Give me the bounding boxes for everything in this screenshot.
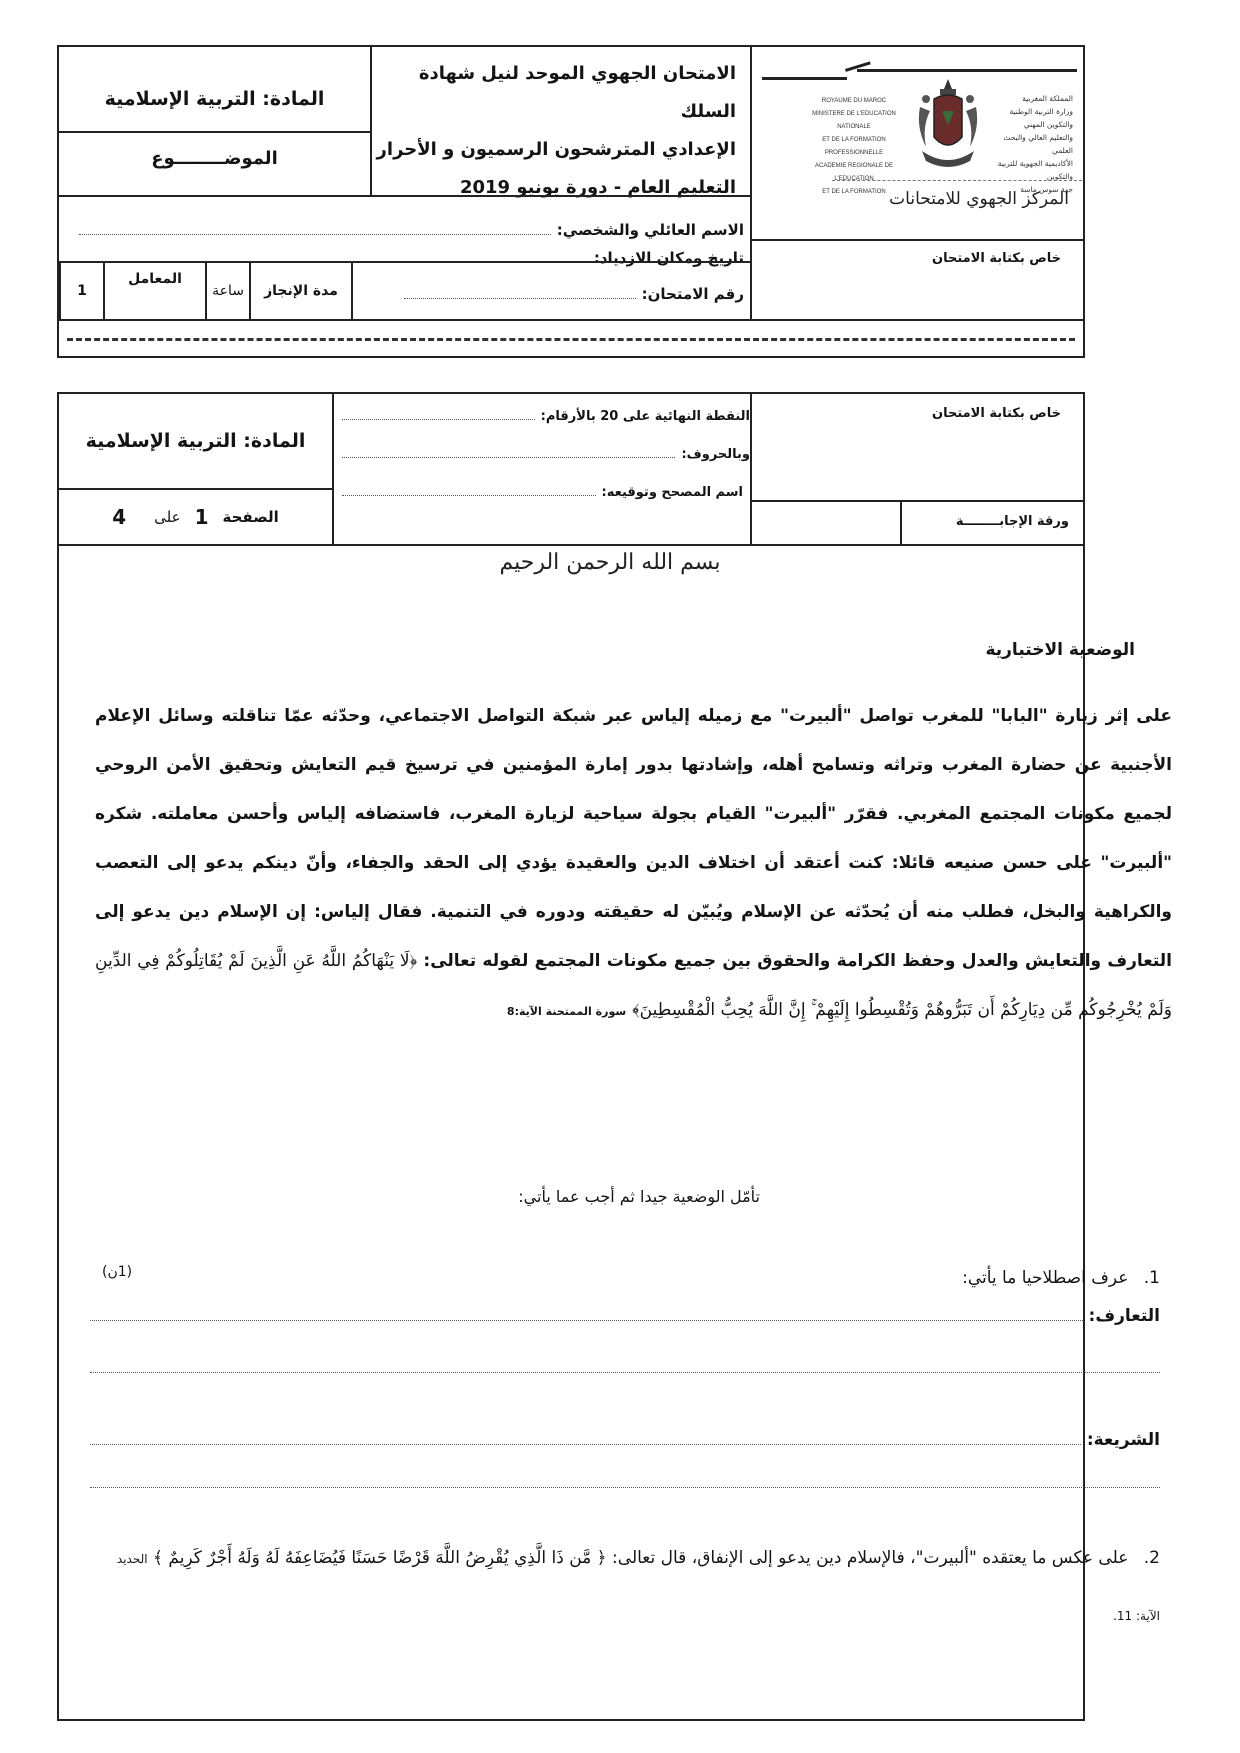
- page-current: 1: [195, 505, 209, 529]
- quran-verse-2: ﴿ مَّن ذَا الَّذِي يُقْرِضُ اللَّهَ قَرْ…: [153, 1548, 607, 1568]
- term-taaruf: التعارف:: [1089, 1306, 1160, 1326]
- full-name-label: الاسم العائلي والشخصي:: [557, 221, 744, 239]
- full-name-blank[interactable]: [79, 223, 551, 235]
- score-divider-left: [332, 394, 334, 544]
- page-label: الصفحة: [223, 508, 279, 526]
- question-1-text: عرف اصطلاحيا ما يأتي:: [962, 1268, 1128, 1288]
- answer-sheet-label: ورقة الإجابــــــــة: [956, 514, 1069, 529]
- answer-taaruf[interactable]: التعارف:: [90, 1306, 1160, 1326]
- corrector-field[interactable]: اسم المصحح وتوقيعه:: [342, 484, 743, 500]
- exam-number-field[interactable]: رقم الامتحان:: [404, 285, 744, 303]
- corrector-label: اسم المصحح وتوقيعه:: [602, 485, 743, 500]
- exam-header: ROYAUME DU MAROC MINISTERE DE L'EDUCATIO…: [57, 45, 1085, 358]
- term-sharia: الشريعة:: [1087, 1430, 1160, 1450]
- subject-label: المادة: التربية الإسلامية: [59, 47, 370, 133]
- exam-office-cell: خاص بكتابة الامتحان: [750, 239, 1083, 319]
- cut-line-row: [59, 319, 1083, 358]
- score-subject-label: المادة: التربية الإسلامية: [59, 394, 332, 490]
- final-score-blank[interactable]: [342, 408, 535, 420]
- duration-unit: ساعة: [205, 263, 249, 319]
- score-exam-office-cell: خاص بكتابة الامتحان ورقة الإجابــــــــة: [750, 394, 1083, 544]
- page-total: 4: [112, 505, 126, 529]
- scenario-paragraph: على إثر زيارة "البابا" للمغرب تواصل "ألب…: [95, 692, 1172, 1036]
- coefficient-value: 1: [59, 263, 103, 319]
- exam-number-label: رقم الامتحان:: [642, 285, 744, 303]
- academy-logo-block: ROYAUME DU MAROC MINISTERE DE L'EDUCATIO…: [750, 47, 1083, 239]
- exam-number-blank[interactable]: [404, 287, 636, 299]
- answer-sharia-blank[interactable]: [90, 1435, 1081, 1445]
- score-words-label: وبالحروف:: [681, 447, 750, 462]
- topic-label: الموضــــــــوع: [59, 133, 370, 195]
- page-counter: الصفحة 1 على 4: [59, 490, 332, 544]
- duration-divider: [351, 263, 353, 319]
- basmala: بسم الله الرحمن الرحيم: [460, 550, 760, 575]
- answer-sharia-line-2[interactable]: [90, 1487, 1160, 1488]
- coat-of-arms-icon: [912, 77, 984, 172]
- score-block: المادة: التربية الإسلامية الصفحة 1 على 4…: [57, 392, 1085, 546]
- final-score-field[interactable]: النقطة النهائية على 20 بالأرقام:: [342, 408, 750, 424]
- scenario-text: على إثر زيارة "البابا" للمغرب تواصل "ألب…: [95, 706, 1172, 971]
- question-1-points: (1ن): [102, 1264, 132, 1280]
- question-2-text: على عكس ما يعتقده "ألبيرت"، فالإسلام دين…: [612, 1548, 1128, 1568]
- logo-rule-left: [762, 77, 847, 80]
- answer-taaruf-blank[interactable]: [90, 1311, 1083, 1321]
- duration-label: مدة الإنجاز: [249, 263, 351, 319]
- answer-sheet-row: ورقة الإجابــــــــة: [752, 500, 1083, 544]
- exam-page: ROYAUME DU MAROC MINISTERE DE L'EDUCATIO…: [0, 0, 1240, 1753]
- question-1-number: 1.: [1144, 1268, 1160, 1288]
- page-of: على: [154, 508, 180, 526]
- score-words-blank[interactable]: [342, 446, 675, 458]
- answer-sheet-blank-cell: [752, 502, 902, 544]
- corrector-blank[interactable]: [342, 484, 596, 496]
- score-words-field[interactable]: وبالحروف:: [342, 446, 750, 462]
- exam-center-name: المركز الجهوي للامتحانات: [889, 189, 1069, 209]
- section-title: الوضعية الاختبارية: [985, 640, 1135, 660]
- exam-title-block: الامتحان الجهوي الموحد لنيل شهادة السلك …: [370, 47, 750, 195]
- quran-ref-1: سورة الممتحنة الآية:8: [507, 1005, 626, 1018]
- answer-sharia[interactable]: الشريعة:: [90, 1430, 1160, 1450]
- exam-title-line-1: الامتحان الجهوي الموحد لنيل شهادة السلك: [372, 55, 750, 131]
- question-2: 2. على عكس ما يعتقده "ألبيرت"، فالإسلام …: [94, 1530, 1160, 1644]
- instruction: تأمّل الوضعية جيدا ثم أجب عما يأتي:: [518, 1187, 760, 1206]
- exam-title-line-2: الإعدادي المترشحون الرسميون و الأحرار: [372, 131, 750, 169]
- cut-line: [67, 338, 1075, 341]
- full-name-field[interactable]: الاسم العائلي والشخصي:: [79, 221, 744, 239]
- answer-taaruf-line-2[interactable]: [90, 1372, 1160, 1373]
- coefficient-label: المعامل: [103, 263, 205, 319]
- final-score-label: النقطة النهائية على 20 بالأرقام:: [541, 409, 750, 424]
- logo-french-text: ROYAUME DU MAROC MINISTERE DE L'EDUCATIO…: [804, 95, 904, 199]
- logo-divider: [832, 180, 1082, 181]
- exam-meta-row: رقم الامتحان: 1 المعامل ساعة مدة الإنجاز: [59, 261, 752, 319]
- question-1: 1. عرف اصطلاحيا ما يأتي:: [962, 1268, 1160, 1288]
- exam-office-label: خاص بكتابة الامتحان: [932, 251, 1061, 266]
- question-2-number: 2.: [1144, 1548, 1160, 1568]
- logo-rule-top: [857, 69, 1077, 72]
- subject-block: المادة: التربية الإسلامية الموضــــــــو…: [59, 47, 370, 195]
- score-exam-office-label: خاص بكتابة الامتحان: [932, 406, 1061, 421]
